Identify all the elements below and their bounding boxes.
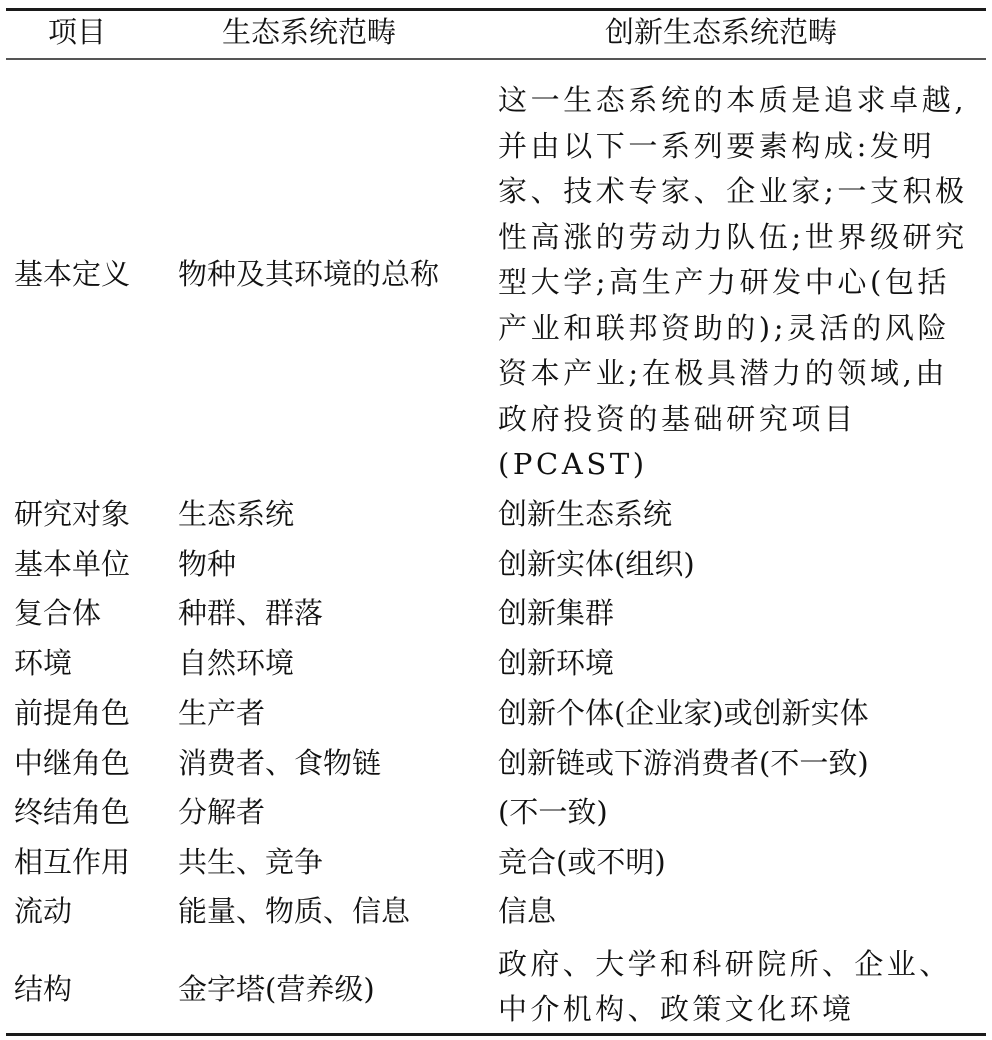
row-ecosystem: 种群、群落 (178, 594, 323, 632)
row-innovation: 创新个体(企业家)或创新实体 (498, 694, 869, 732)
top-rule (6, 8, 986, 11)
row-innovation: 这一生态系统的本质是追求卓越,并由以下一系列要素构成:发明家、技术专家、企业家;… (498, 78, 976, 488)
header-rule (6, 58, 986, 60)
header-ecosystem: 生态系统范畴 (222, 13, 396, 51)
header-item: 项目 (48, 13, 106, 51)
row-ecosystem: 共生、竞争 (178, 843, 323, 881)
bottom-rule (6, 1033, 986, 1036)
row-item: 基本定义 (14, 255, 130, 293)
row-innovation: 政府、大学和科研院所、企业、中介机构、政策文化环境 (498, 942, 976, 1032)
row-ecosystem: 生态系统 (178, 495, 294, 533)
row-ecosystem: 能量、物质、信息 (178, 892, 410, 930)
row-innovation: (不一致) (498, 793, 608, 831)
row-ecosystem: 自然环境 (178, 644, 294, 682)
row-item: 终结角色 (14, 793, 130, 831)
row-item: 复合体 (14, 594, 101, 632)
row-ecosystem: 生产者 (178, 694, 265, 732)
row-item: 流动 (14, 892, 72, 930)
row-innovation: 创新生态系统 (498, 495, 672, 533)
row-item: 前提角色 (14, 694, 130, 732)
row-innovation: 竞合(或不明) (498, 843, 666, 881)
row-innovation: 信息 (498, 892, 556, 930)
row-item: 相互作用 (14, 843, 130, 881)
row-ecosystem: 物种及其环境的总称 (178, 255, 439, 293)
row-innovation: 创新实体(组织) (498, 545, 695, 583)
row-item: 基本单位 (14, 545, 130, 583)
row-ecosystem: 物种 (178, 545, 236, 583)
row-item: 研究对象 (14, 495, 130, 533)
row-item: 结构 (14, 970, 72, 1008)
row-innovation: 创新链或下游消费者(不一致) (498, 744, 869, 782)
row-ecosystem: 分解者 (178, 793, 265, 831)
row-ecosystem: 消费者、食物链 (178, 744, 381, 782)
row-innovation: 创新集群 (498, 594, 614, 632)
row-ecosystem: 金字塔(营养级) (178, 970, 375, 1008)
row-item: 环境 (14, 644, 72, 682)
row-item: 中继角色 (14, 744, 130, 782)
row-innovation: 创新环境 (498, 644, 614, 682)
header-innovation-ecosystem: 创新生态系统范畴 (605, 13, 837, 51)
